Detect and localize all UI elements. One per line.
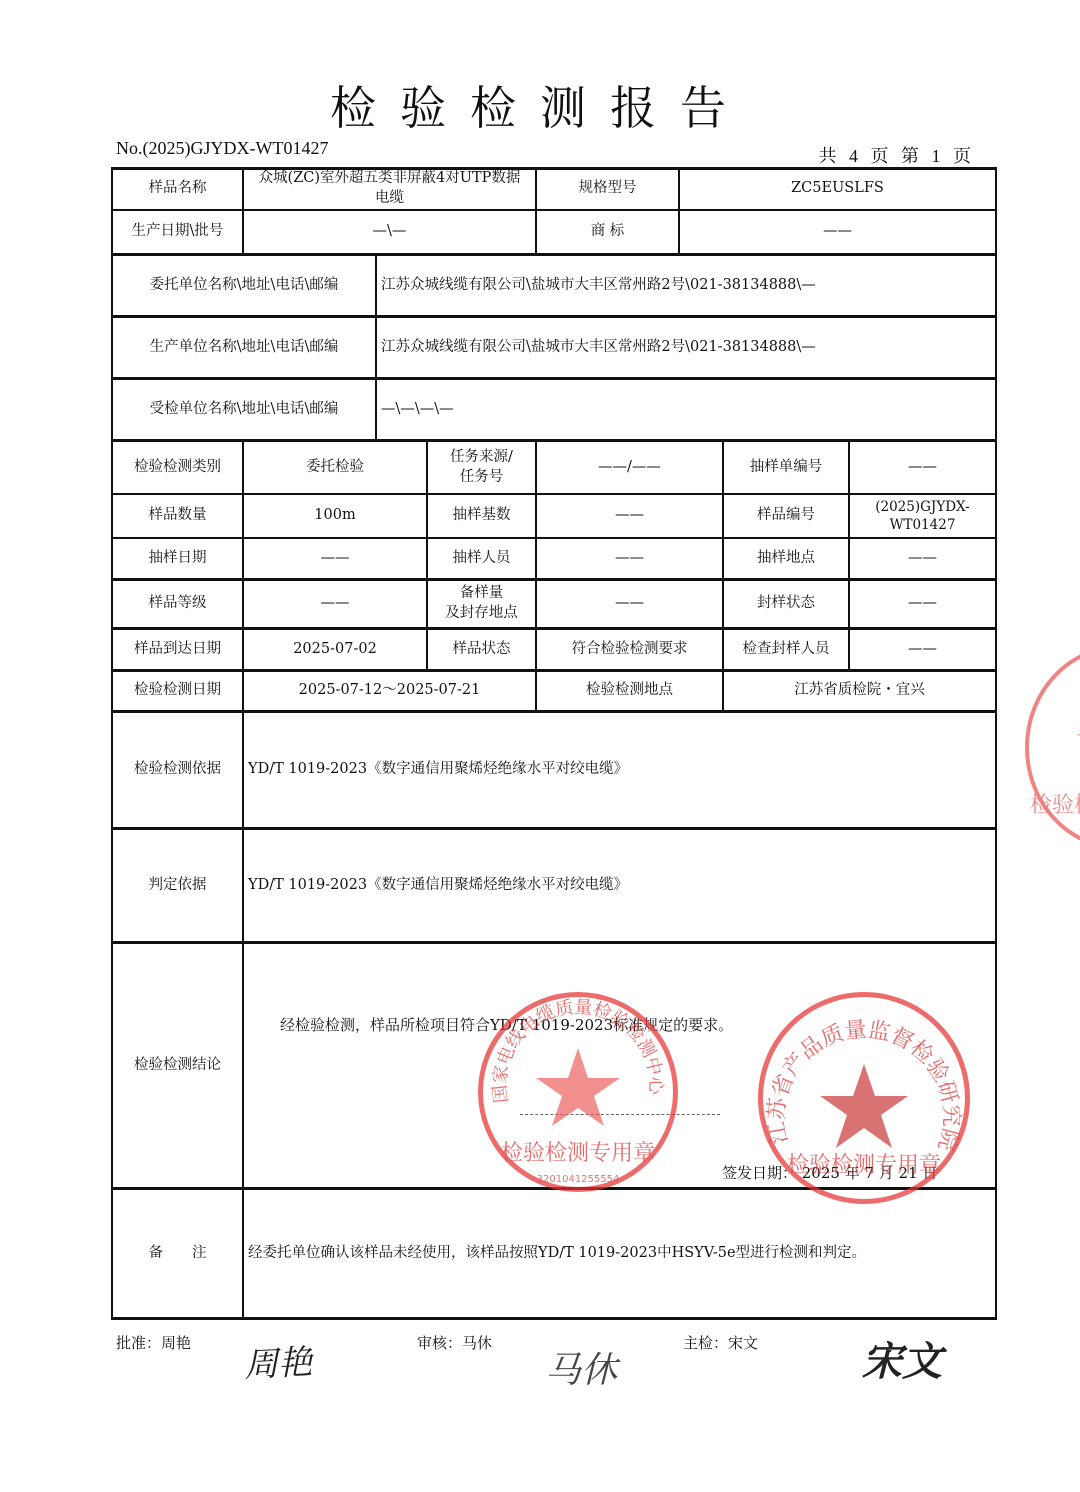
model-label: 规格型号: [537, 169, 678, 209]
seal-checker-label: 检查封样人员: [724, 630, 848, 669]
svg-text:检验检测专用章: 检验检测专用章: [787, 1153, 941, 1178]
production-date-value: —\—: [244, 211, 535, 253]
seam-seal-partial: 检验检测专用章: [1025, 645, 1080, 850]
basis-value: YD/T 1019-2023《数字通信用聚烯烃绝缘水平对绞电缆》: [244, 713, 995, 827]
manufacturer-label: 生产单位名称\地址\电话\邮编: [113, 318, 375, 377]
test-date-label: 检验检测日期: [113, 672, 242, 710]
arrival-date-label: 样品到达日期: [113, 630, 242, 669]
sampling-date-value: ——: [244, 539, 426, 578]
test-place-value: 江苏省质检院・宜兴: [724, 672, 995, 710]
task-source-label: 任务来源/ 任务号: [428, 442, 535, 493]
inspected-unit-label: 受检单位名称\地址\电话\邮编: [113, 380, 375, 439]
seal-state-value: ——: [850, 581, 995, 627]
model-value: ZC5EUSLFS: [680, 169, 995, 209]
test-type-label: 检验检测类别: [113, 442, 242, 493]
inspector-label: 主检：宋文: [683, 1332, 758, 1353]
official-seal-jiangsu-institute: 检验检测专用章 江苏省产品质量监督检验研究院: [758, 992, 970, 1204]
test-place-label: 检验检测地点: [537, 672, 722, 710]
sampling-place-value: ——: [850, 539, 995, 578]
page-info: 共 4 页 第 1 页: [819, 142, 976, 168]
svg-text:检验检测专用章: 检验检测专用章: [501, 1141, 655, 1166]
arrival-date-value: 2025-07-02: [244, 630, 426, 669]
client-label: 委托单位名称\地址\电话\邮编: [113, 256, 375, 315]
reviewer-signature: 马休: [545, 1342, 617, 1393]
sample-name-value: 众城(ZC)室外超五类非屏蔽4对UTP数据 电缆: [244, 169, 535, 209]
backup-label: 备样量 及封存地点: [428, 581, 535, 627]
remarks-label: 备 注: [113, 1190, 242, 1317]
sampling-date-label: 抽样日期: [113, 539, 242, 578]
seal-checker-value: ——: [850, 630, 995, 669]
quantity-label: 样品数量: [113, 495, 242, 537]
sample-no-label: 样品编号: [724, 495, 848, 537]
sample-state-value: 符合检验检测要求: [537, 630, 722, 669]
test-type-value: 委托检验: [244, 442, 426, 493]
production-date-label: 生产日期\批号: [113, 211, 242, 253]
client-value: 江苏众城线缆有限公司\盐城市大丰区常州路2号\021-38134888\—: [377, 256, 995, 315]
brand-value: ——: [680, 211, 995, 253]
sampling-no-label: 抽样单编号: [724, 442, 848, 493]
seal-star-icon: 检验检测专用章: [1024, 644, 1080, 849]
manufacturer-value: 江苏众城线缆有限公司\盐城市大丰区常州路2号\021-38134888\—: [377, 318, 995, 377]
grade-value: ——: [244, 581, 426, 627]
quantity-value: 100m: [244, 495, 426, 537]
report-number: No.(2025)GJYDX-WT01427: [116, 138, 328, 159]
sample-state-label: 样品状态: [428, 630, 535, 669]
seal-star-icon: 检验检测专用章 3201041255554 国家电线电缆质量检验检测中心（江苏）: [478, 992, 678, 1192]
inspected-unit-value: —\—\—\—: [377, 380, 995, 439]
seal-state-label: 封样状态: [724, 581, 848, 627]
svg-text:检验检测专用章: 检验检测专用章: [1030, 793, 1080, 818]
sampling-base-label: 抽样基数: [428, 495, 535, 537]
sampler-value: ——: [537, 539, 722, 578]
judgement-label: 判定依据: [113, 830, 242, 941]
reviewer-label: 审核：马休: [417, 1332, 492, 1353]
sampling-place-label: 抽样地点: [724, 539, 848, 578]
official-seal-cable-center: 检验检测专用章 3201041255554 国家电线电缆质量检验检测中心（江苏）: [478, 992, 678, 1192]
sample-name-label: 样品名称: [113, 169, 242, 209]
svg-text:3201041255554: 3201041255554: [537, 1174, 620, 1185]
backup-value: ——: [537, 581, 722, 627]
report-title: 检验检测报告: [0, 72, 1080, 138]
remarks-value: 经委托单位确认该样品未经使用，该样品按照YD/T 1019-2023中HSYV-…: [244, 1190, 995, 1317]
sampling-no-value: ——: [850, 442, 995, 493]
brand-label: 商 标: [537, 211, 678, 253]
approver-label: 批准：周艳: [116, 1332, 191, 1353]
task-source-value: ——/——: [537, 442, 722, 493]
test-date-value: 2025-07-12～2025-07-21: [244, 672, 535, 710]
grade-label: 样品等级: [113, 581, 242, 627]
sample-no-value: (2025)GJYDX- WT01427: [850, 495, 995, 537]
sampler-label: 抽样人员: [428, 539, 535, 578]
inspector-signature: 宋文: [862, 1330, 942, 1387]
judgement-value: YD/T 1019-2023《数字通信用聚烯烃绝缘水平对绞电缆》: [244, 830, 995, 941]
approver-signature: 周艳: [243, 1334, 313, 1386]
basis-label: 检验检测依据: [113, 713, 242, 827]
seal-star-icon: 检验检测专用章 江苏省产品质量监督检验研究院: [758, 992, 970, 1204]
conclusion-label: 检验检测结论: [113, 944, 242, 1187]
sampling-base-value: ——: [537, 495, 722, 537]
